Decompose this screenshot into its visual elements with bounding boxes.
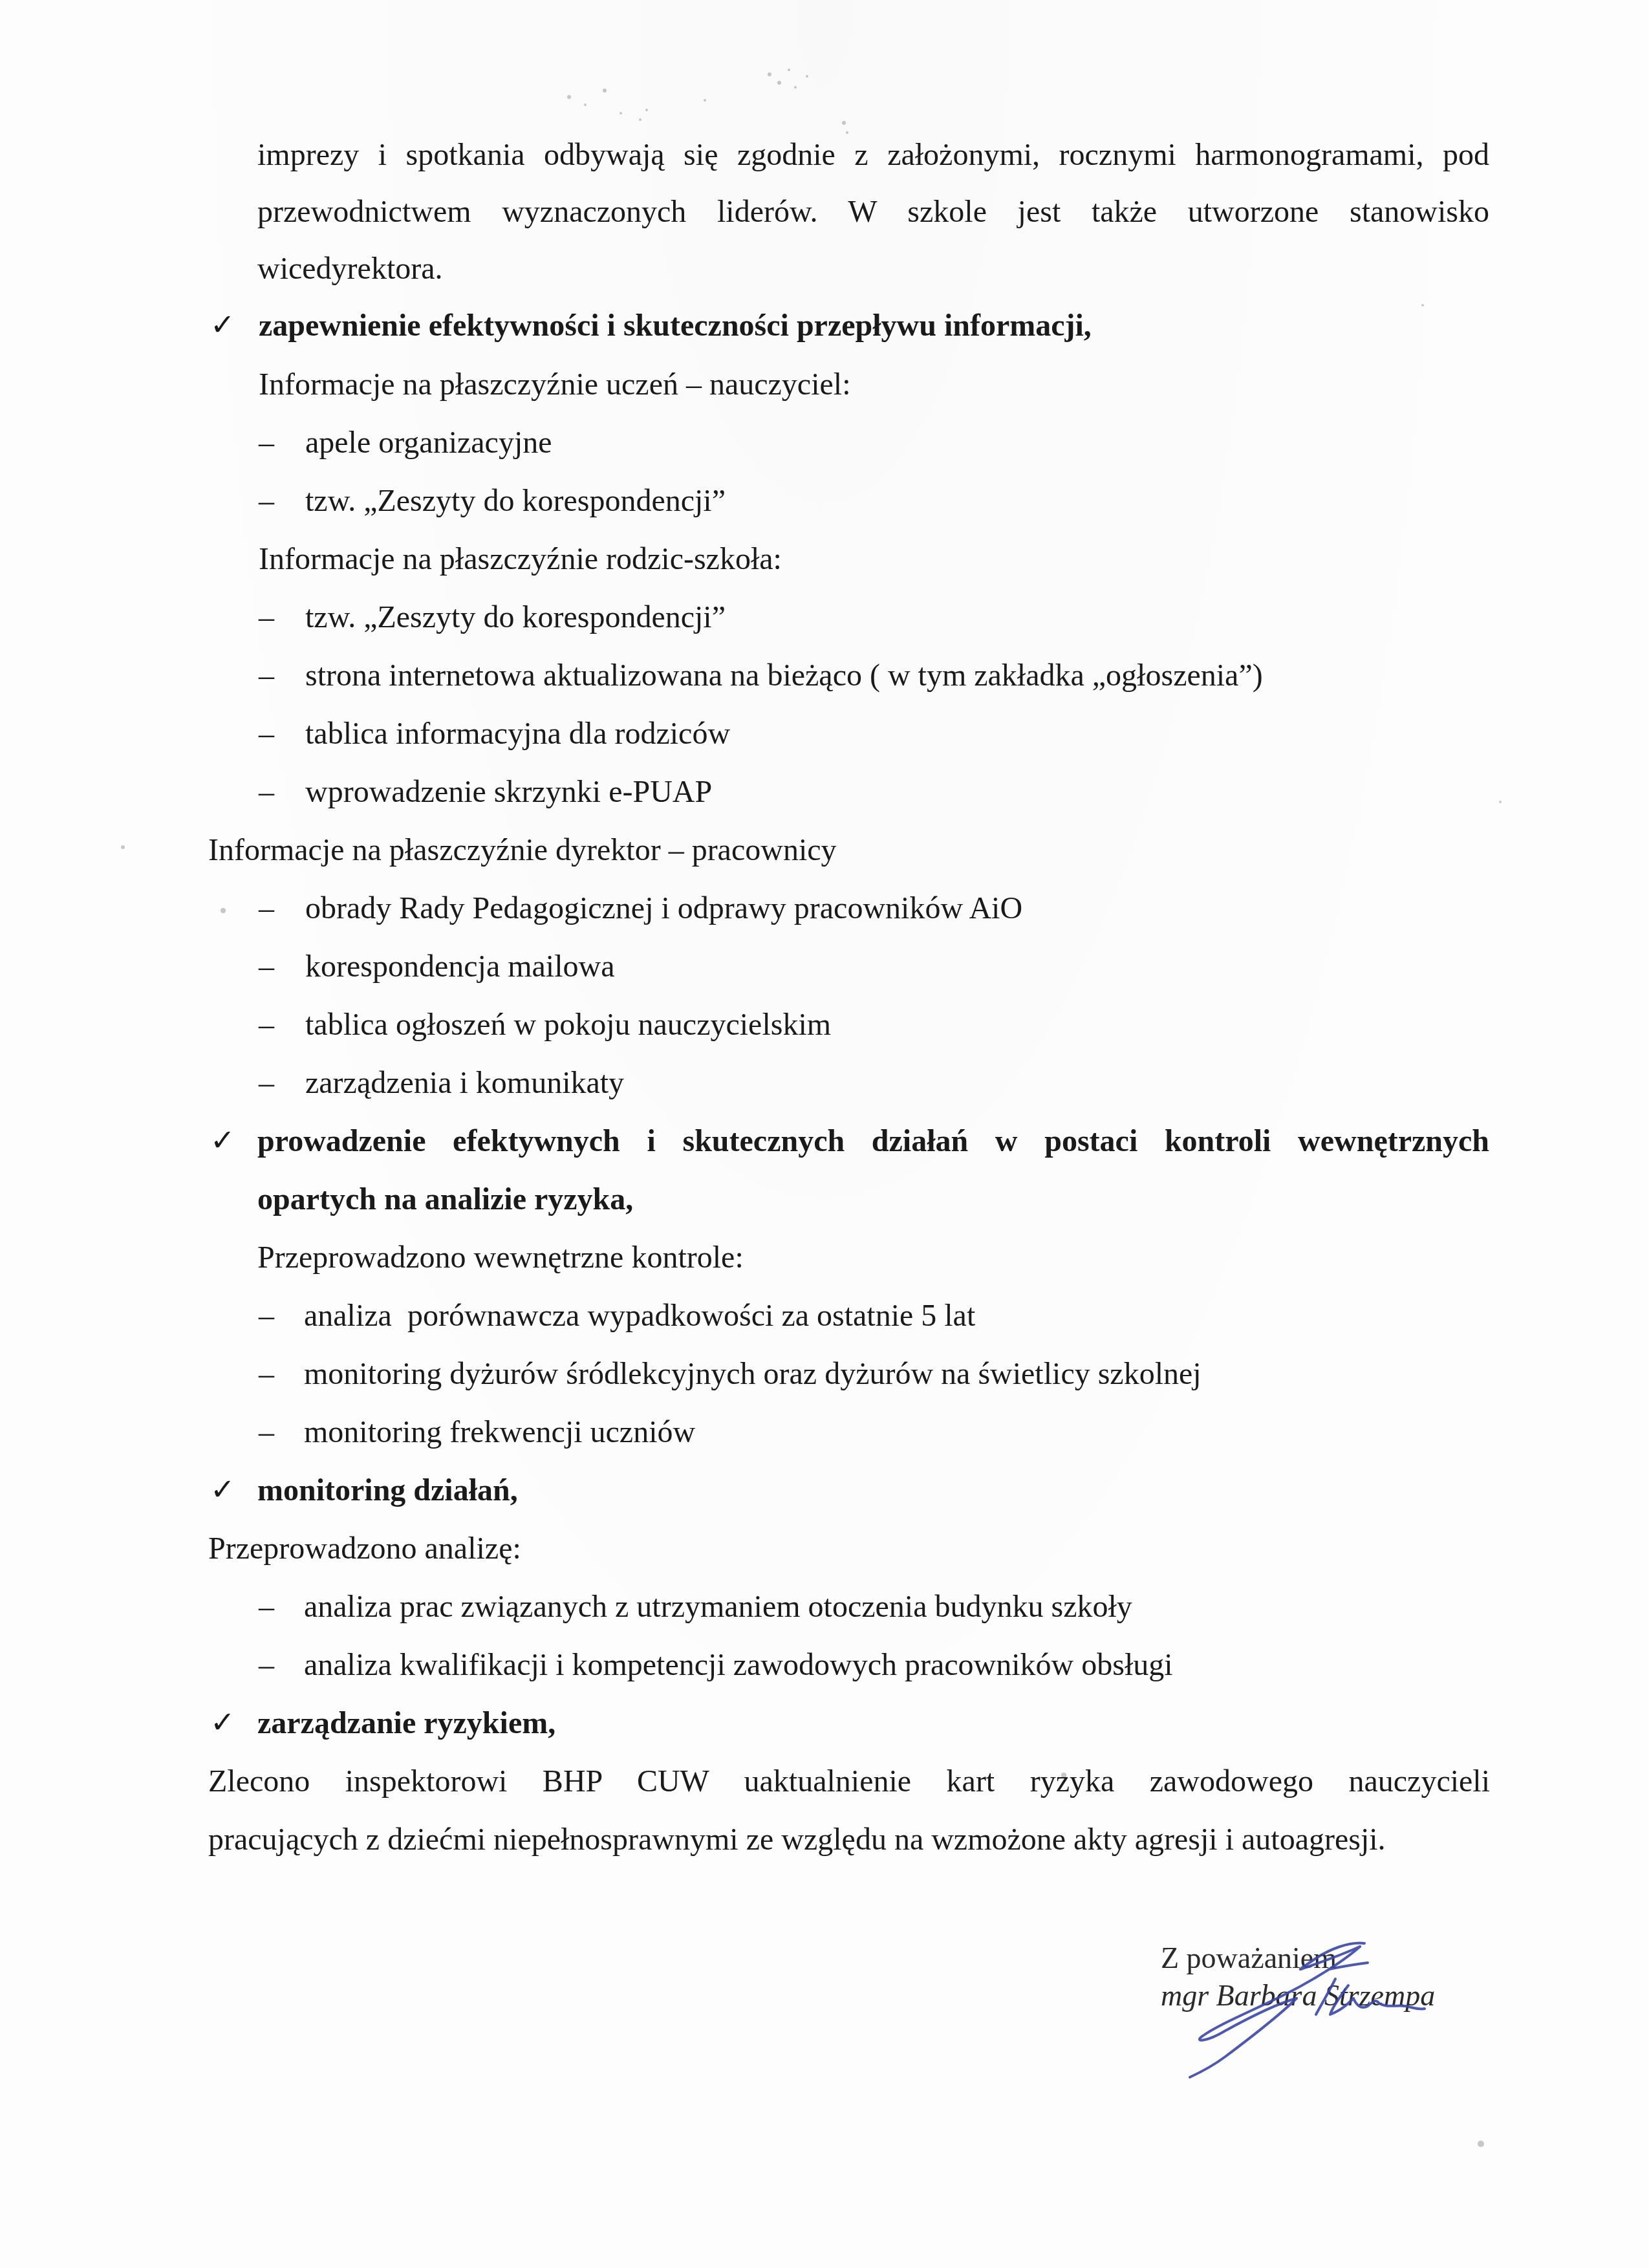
group-label: Przeprowadzono wewnętrzne kontrole: [257,1238,744,1277]
list-item: analiza kwalifikacji i kompetencji zawod… [304,1646,1173,1685]
document-page: imprezy i spotkania odbywają się zgodnie… [0,0,1649,2268]
dash-bullet: – [259,482,274,521]
section-heading-continued: opartych na analizie ryzyka, [257,1180,633,1219]
list-item: korespondencja mailowa [305,947,615,986]
list-item: tablica ogłoszeń w pokoju nauczycielskim [305,1006,831,1044]
dash-bullet: – [259,424,274,462]
list-item: tablica informacyjna dla rodziców [305,715,730,753]
dash-bullet: – [259,1064,274,1103]
dash-bullet: – [259,889,274,928]
dash-bullet: – [259,947,274,986]
dash-bullet: – [259,773,274,812]
group-label: Przeprowadzono analizę: [208,1529,521,1568]
list-item: tzw. „Zeszyty do korespondencji” [305,598,726,637]
dash-bullet: – [259,1413,274,1452]
section-heading: monitoring działań, [257,1471,518,1510]
list-item: apele organizacyjne [305,424,552,462]
section-heading: prowadzenie efektywnych i skutecznych dz… [257,1122,1489,1161]
dash-bullet: – [259,656,274,695]
section-heading: zapewnienie efektywności i skuteczności … [259,307,1092,345]
checkmark-icon: ✓ [210,1703,235,1742]
list-item: strona internetowa aktualizowana na bież… [305,656,1263,695]
list-item: monitoring frekwencji uczniów [304,1413,695,1452]
closing-salutation: Z poważaniem [1161,1940,1337,1976]
dash-bullet: – [259,1297,274,1335]
list-item: monitoring dyżurów śródlekcyjnych oraz d… [304,1355,1202,1394]
dash-bullet: – [259,598,274,637]
list-item: zarządzenia i komunikaty [305,1064,624,1103]
intro-line: wicedyrektora. [257,250,443,288]
dash-bullet: – [259,1588,274,1626]
list-item: wprowadzenie skrzynki e-PUAP [305,773,712,812]
checkmark-icon: ✓ [210,1121,235,1160]
list-item: analiza porównawcza wypadkowości za osta… [304,1297,975,1335]
group-label: Informacje na płaszczyźnie dyrektor – pr… [208,831,837,870]
list-item: obrady Rady Pedagogicznej i odprawy prac… [305,889,1022,928]
checkmark-icon: ✓ [210,305,235,344]
intro-line: przewodnictwem wyznaczonych liderów. W s… [257,193,1489,232]
dash-bullet: – [259,1646,274,1685]
checkmark-icon: ✓ [210,1470,235,1509]
signature-block: Z poważaniem mgr Barbara Strzempa [1161,1940,1497,2121]
list-item: analiza prac związanych z utrzymaniem ot… [304,1588,1132,1626]
intro-line: imprezy i spotkania odbywają się zgodnie… [257,136,1489,175]
dash-bullet: – [259,715,274,753]
paragraph-line: pracujących z dziećmi niepełnosprawnymi … [208,1820,1386,1859]
group-label: Informacje na płaszczyźnie uczeń – naucz… [259,365,850,404]
dash-bullet: – [259,1006,274,1044]
signatory-name: mgr Barbara Strzempa [1161,1978,1435,2014]
dash-bullet: – [259,1355,274,1394]
group-label: Informacje na płaszczyźnie rodzic-szkoła… [259,540,782,579]
section-heading: zarządzanie ryzykiem, [257,1704,555,1743]
list-item: tzw. „Zeszyty do korespondencji” [305,482,726,521]
paragraph-line: Zlecono inspektorowi BHP CUW uaktualnien… [208,1762,1490,1801]
